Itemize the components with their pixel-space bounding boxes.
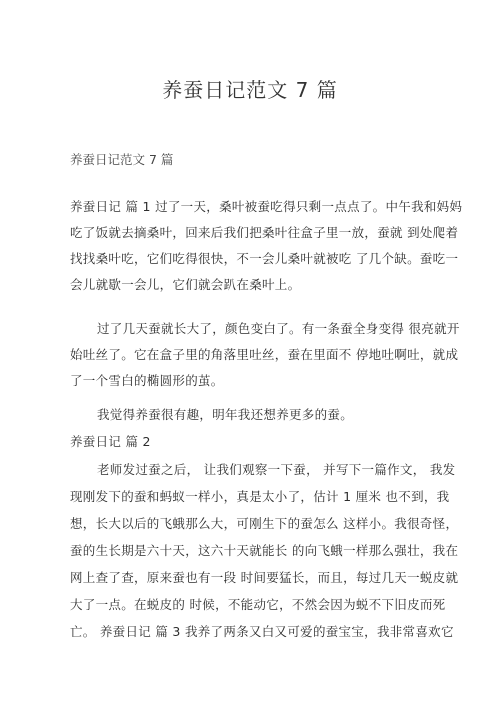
document-title: 养蚕日记范文 7 篇 [0, 74, 500, 103]
document-subtitle: 养蚕日记范文 7 篇 [70, 150, 173, 168]
text-line: 网上查了查，原来蚕也有一段 时间要猛长，而且，每过几天一蜕皮就 [70, 568, 458, 586]
text-line: 了一个雪白的椭圆形的茧。 [70, 371, 224, 389]
text-line: 现刚发下的蚕和蚂蚁一样小，真是太小了，估计 1 厘米 也不到，我 [70, 487, 449, 505]
text-line: 养蚕日记 篇 1 过了一天，桑叶被蚕吃得只剩一点点了。中午我和妈妈 [70, 197, 462, 215]
text-line: 找找桑叶吃，它们吃得很快，不一会儿桑叶就被吃 了几个缺。蚕吃一 [70, 249, 458, 267]
text-line: 老师发过蚕之后， 让我们观察一下蚕， 并写下一篇作文， 我发 [97, 460, 455, 478]
text-line: 我觉得养蚕很有趣，明年我还想养更多的蚕。 [97, 405, 353, 423]
text-line: 始吐丝了。它在盒子里的角落里吐丝，蚕在里面不 停地吐啊吐，就成 [70, 345, 458, 363]
text-line: 过了几天蚕就长大了，颜色变白了。有一条蚕全身变得 很亮就开 [97, 319, 460, 337]
text-line: 亡。 养蚕日记 篇 3 我养了两条又白又可爱的蚕宝宝，我非常喜欢它 [70, 622, 454, 640]
text-line: 大了一点。在蜕皮的 时候，不能动它，不然会因为蜕不下旧皮而死 [70, 595, 445, 613]
text-line: 想，长大以后的飞蛾那么大，可刚生下的蚕怎么 这样小。我很奇怪， [70, 514, 458, 532]
text-line: 吃了饭就去摘桑叶，回来后我们把桑叶往盒子里一放，蚕就 到处爬着 [70, 223, 458, 241]
text-line: 会儿就歇一会儿，它们就会趴在桑叶上。 [70, 275, 300, 293]
text-line: 蚕的生长期是六十天，这六十天就能长 的向飞蛾一样那么强壮，我在 [70, 541, 458, 559]
text-line: 养蚕日记 篇 2 [70, 432, 151, 450]
